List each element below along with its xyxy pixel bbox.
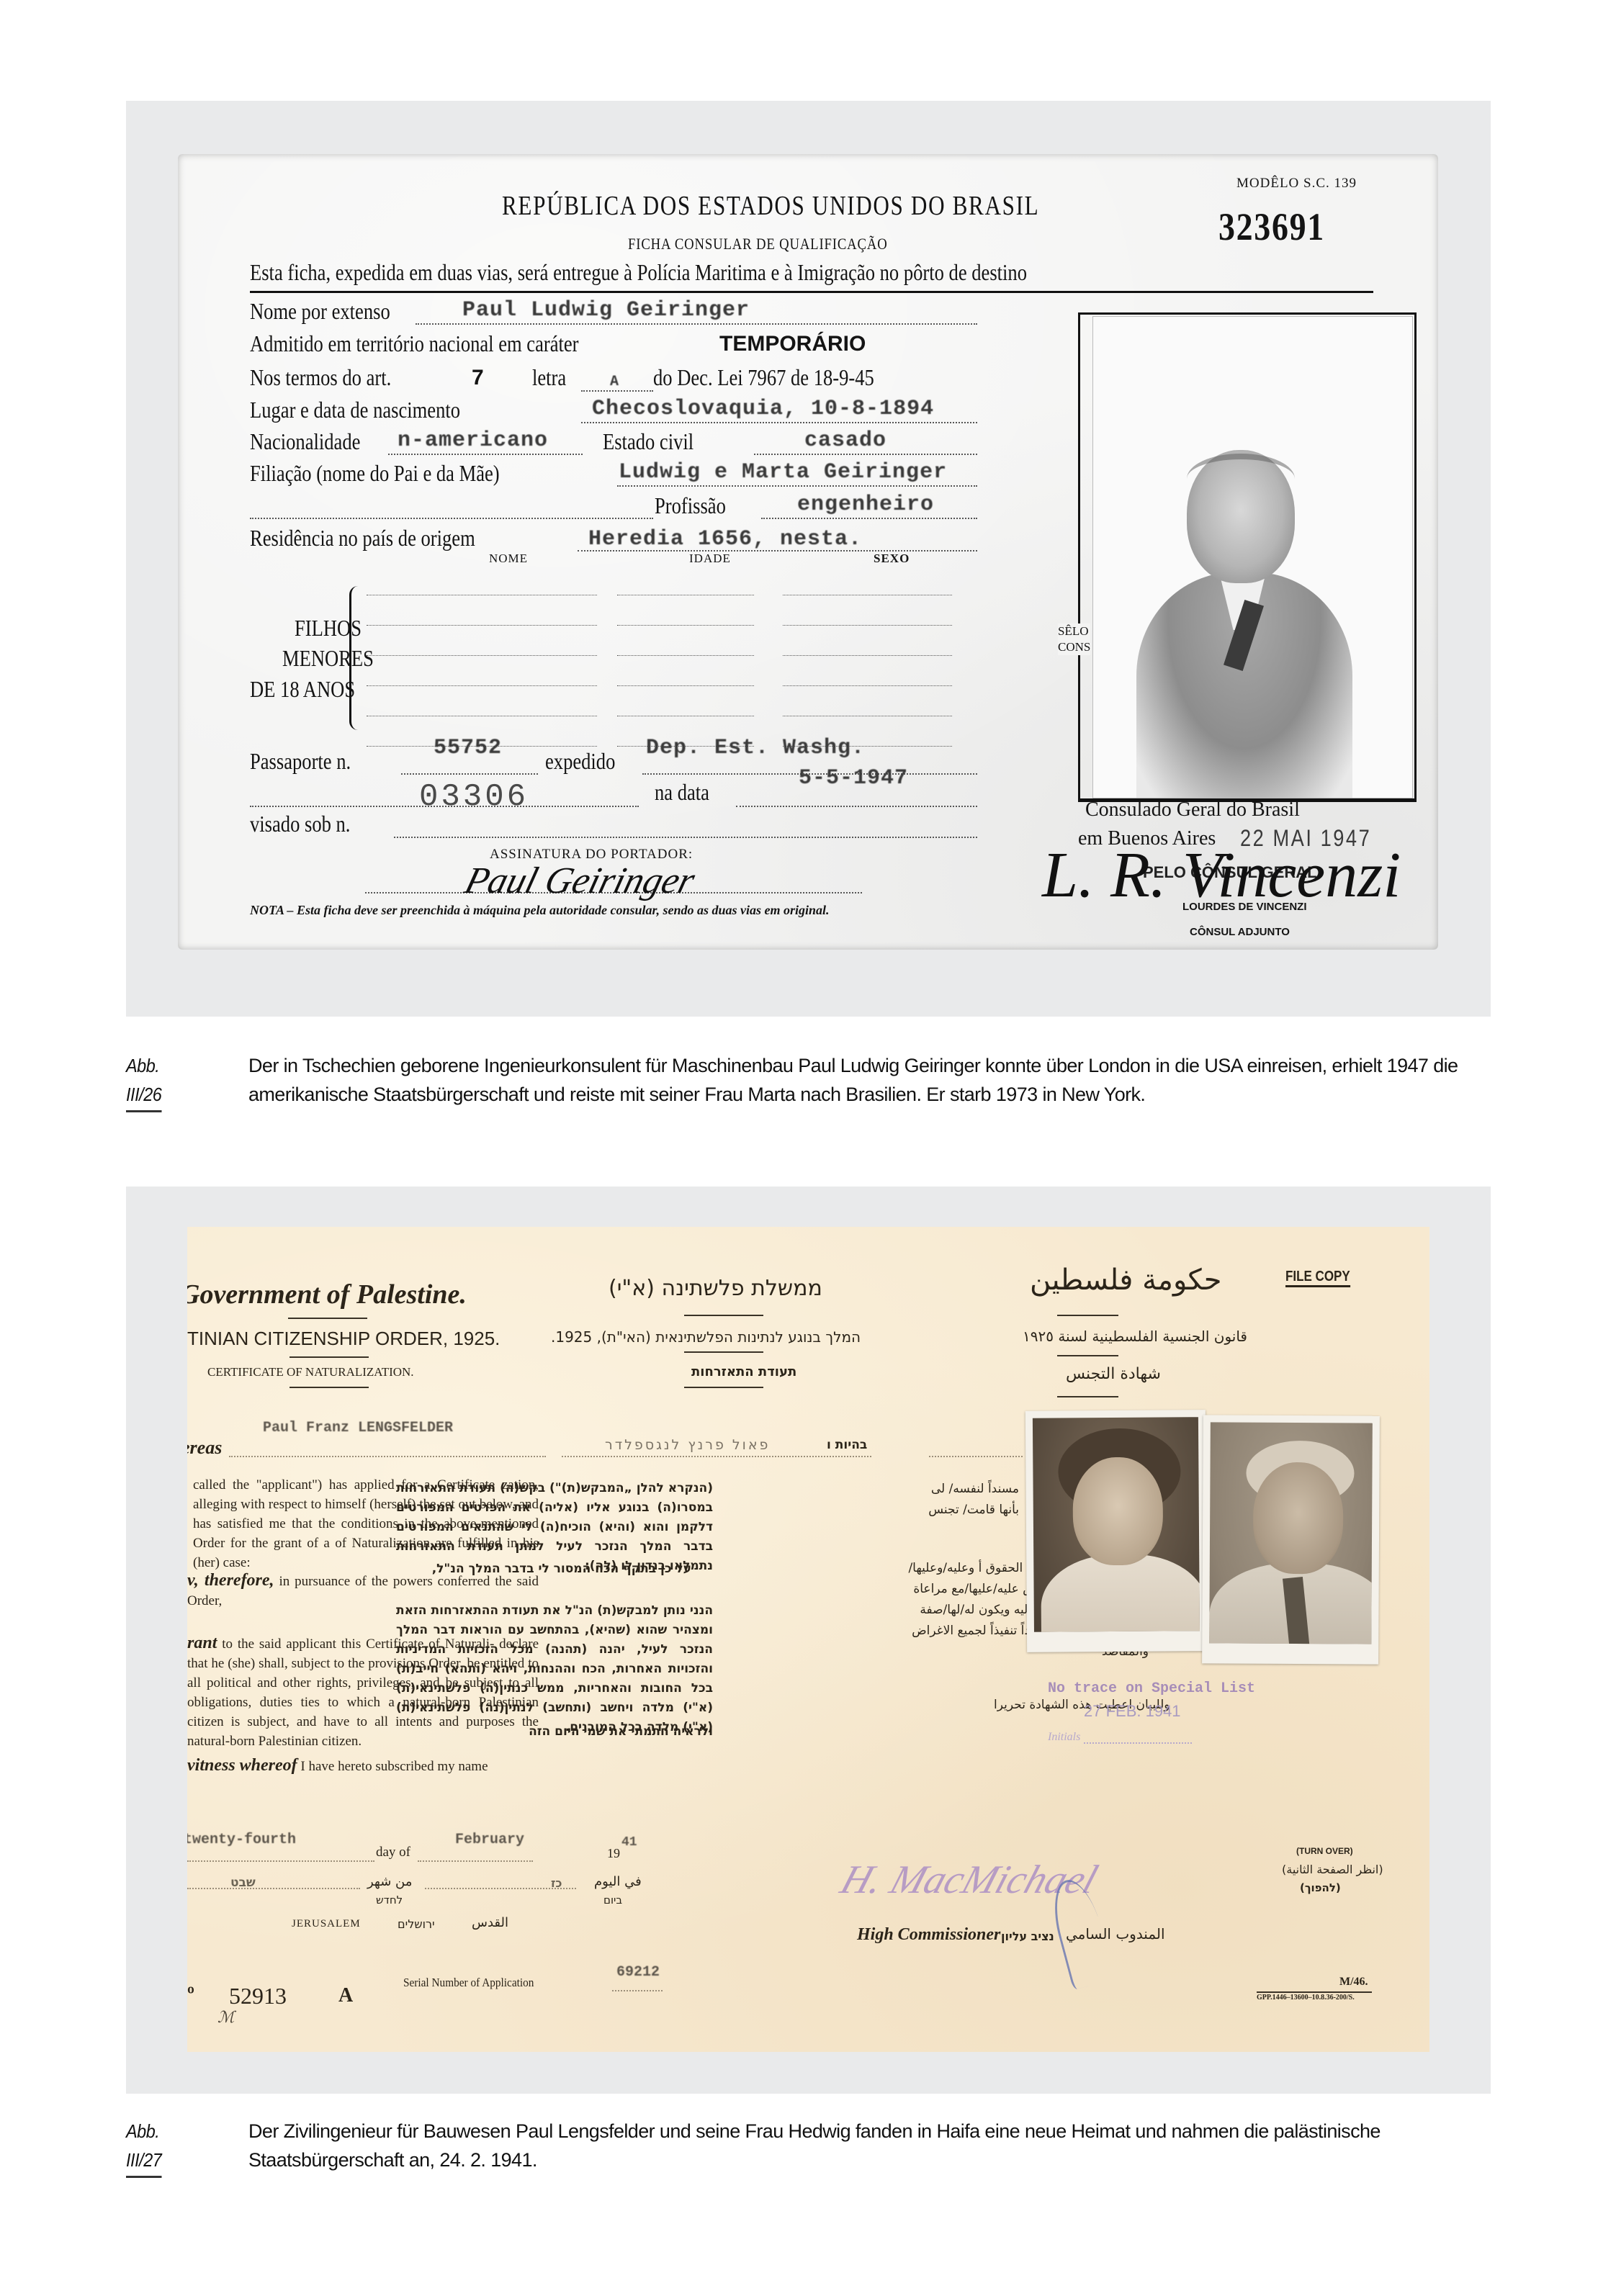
arabic-day-label: في اليوم: [594, 1871, 642, 1892]
arabic-certificate-title: شهادة التجنس: [1066, 1364, 1161, 1385]
english-witness: vitness whereof I have hereto subscribed…: [187, 1756, 539, 1776]
turn-over-english: (TURN OVER): [1296, 1846, 1353, 1856]
na-data-value: 5-5-1947: [799, 766, 908, 791]
dotted-line: [367, 595, 597, 595]
dotted-line: [367, 625, 597, 626]
hebrew-paragraph-3: הנני נותן למבקש(ת) הנ"ל את תעודת ההתאזרח…: [396, 1601, 713, 1737]
dotted-line: [617, 655, 754, 656]
letra-value: A: [610, 374, 619, 390]
termos-label: Nos termos do art.: [250, 364, 391, 391]
dotted-line: [250, 518, 653, 519]
hebrew-month-value: שבט: [230, 1873, 256, 1893]
dotted-line: [617, 685, 754, 686]
dotted-line: [229, 1456, 546, 1457]
consul-title: CÔNSUL ADJUNTO: [1190, 926, 1290, 938]
hebrew-certificate-title: תעודת התאזרחות: [691, 1362, 796, 1382]
dotted-line: [736, 806, 977, 807]
dotted-line: [562, 1456, 871, 1457]
dotted-line: [612, 1990, 663, 1991]
year-prefix: 19: [607, 1846, 620, 1861]
arabic-order: قانون الجنسية الفلسطينية لسنة ١٩٢٥: [1023, 1326, 1247, 1347]
figure-panel-palestine-certificate: Government of Palestine. TINIAN CITIZENS…: [126, 1187, 1491, 2094]
dotted-line: [394, 837, 977, 838]
city-english: JERUSALEM: [292, 1918, 361, 1930]
witness-text: I have hereto subscribed my name: [300, 1759, 488, 1774]
english-order: TINIAN CITIZENSHIP ORDER, 1925.: [187, 1328, 500, 1350]
serial-application-label: Serial Number of Application: [403, 1976, 534, 1990]
day-value: twenty-fourth: [187, 1832, 296, 1848]
figure-panel-brazil-card: MODÊLO S.C. 139 REPÚBLICA DOS ESTADOS UN…: [126, 101, 1491, 1017]
stamp-date: 27 FEB. 1941: [1084, 1702, 1181, 1721]
visado-value: 03306: [419, 779, 529, 815]
dotted-line: [617, 485, 977, 487]
card-header-title: REPÚBLICA DOS ESTADOS UNIDOS DO BRASIL: [502, 190, 1039, 222]
dotted-line: [367, 655, 597, 656]
decreto-text: do Dec. Lei 7967 de 18-9-45: [653, 364, 874, 391]
arabic-paragraph-1: مسنداً لنفسه/ لى بأنها قامت/ تجنس: [911, 1479, 1019, 1521]
high-commissioner-hebrew: נציב עליון: [1001, 1927, 1054, 1946]
name-english: Paul Franz LENGSFELDER: [263, 1420, 453, 1436]
witness-lead: vitness whereof: [187, 1756, 297, 1775]
stamp-initials-label: Initials: [1048, 1731, 1080, 1744]
dotted-line: [416, 323, 977, 325]
admitido-label: Admitido em território nacional em carát…: [250, 330, 579, 357]
certificate-series: A: [338, 1984, 353, 2007]
dotted-line: [581, 390, 653, 392]
high-commissioner-arabic: المندوب السامي: [1066, 1924, 1165, 1945]
model-number: MODÊLO S.C. 139: [1236, 176, 1357, 192]
caption-text: Der Zivilingenieur für Bauwesen Paul Len…: [248, 2117, 1494, 2174]
grant-lead: rant: [187, 1634, 217, 1652]
nacionalidade-value: n-americano: [398, 428, 548, 453]
dotted-line: [617, 716, 754, 716]
expedido-label: expedido: [545, 748, 615, 775]
dotted-line: [761, 518, 977, 519]
whereas-label: ereas: [187, 1437, 222, 1459]
portrait-photo-hedwig: [1025, 1410, 1207, 1652]
consulado-line-1: Consulado Geral do Brasil: [1085, 798, 1300, 821]
nome-label: Nome por extenso: [250, 298, 390, 325]
serial-application-value: 69212: [616, 1964, 660, 1981]
portrait-photo-geiringer: [1092, 316, 1413, 798]
art-value: 7: [472, 366, 484, 390]
arabic-month-label: من شهر: [367, 1871, 412, 1892]
letra-label: letra: [532, 364, 566, 391]
dotted-line: [187, 1888, 360, 1889]
selo-line-2: CONS: [1058, 639, 1090, 655]
visado-label: visado sob n.: [250, 811, 350, 837]
dotted-line: [401, 773, 538, 775]
name-hebrew: פאול פרנץ לנגספלדר: [605, 1436, 770, 1455]
hebrew-paragraph-2: על כן בתקף הכח המסור לי בדבר המלך הנ"ל,: [396, 1559, 691, 1579]
nacionalidade-label: Nacionalidade: [250, 428, 360, 455]
clerk-initials: ℳ: [217, 2008, 235, 2027]
filhos-label-3: DE 18 ANOS: [250, 676, 355, 703]
arabic-title: حكومة فلسطين: [1030, 1270, 1221, 1291]
card-note: NOTA – Esta ficha deve ser preenchida à …: [250, 903, 830, 918]
therefore-lead: v, therefore,: [187, 1571, 274, 1590]
column-idade: IDADE: [689, 552, 731, 566]
caption-label: Abb. III/27: [126, 2117, 161, 2178]
hebrew-order: המלך בנוגע לנתינות הפלשתינאית (האי"ת), 1…: [551, 1328, 861, 1347]
hebrew-day-value: כז: [551, 1873, 562, 1893]
passaporte-value: 55752: [434, 736, 502, 760]
filiacao-value: Ludwig e Marta Geiringer: [619, 460, 947, 485]
estado-civil-label: Estado civil: [603, 428, 693, 455]
profissao-value: engenheiro: [797, 492, 934, 517]
certificate-number: 52913: [229, 1983, 287, 2009]
nascimento-value: Checoslovaquia, 10-8-1894: [592, 397, 934, 421]
selo-label: SÊLO CONS: [1058, 623, 1090, 655]
dotted-line: [929, 1456, 1023, 1457]
na-data-label: na data: [655, 779, 709, 806]
hebrew-title: ממשלת פלשתינה (א"י): [609, 1279, 822, 1298]
dotted-line: [187, 1860, 374, 1862]
expedido-value: Dep. Est. Washg.: [646, 736, 865, 760]
admitido-value: TEMPORÁRIO: [719, 332, 866, 356]
dotted-line: [617, 595, 754, 595]
certificate-number-prefix: º: [187, 1983, 194, 2007]
hebrew-witness: ולראיה חתמתי את שמי היום הזה: [497, 1722, 713, 1742]
card-serial-number: 323691: [1218, 204, 1325, 249]
caption-text: Der in Tschechien geborene Ingenieurkons…: [248, 1051, 1494, 1109]
column-sexo: SEXO: [874, 552, 910, 566]
filiacao-label: Filiação (nome do Pai e da Mãe): [250, 460, 500, 487]
dotted-line: [783, 625, 952, 626]
nome-value: Paul Ludwig Geiringer: [462, 298, 750, 323]
dotted-line: [783, 655, 952, 656]
turn-over-arabic: (انظر الصفحة الثانية): [1282, 1859, 1383, 1880]
english-title: Government of Palestine.: [187, 1279, 467, 1310]
dotted-line: [367, 716, 597, 716]
brazil-consular-card: MODÊLO S.C. 139 REPÚBLICA DOS ESTADOS UN…: [178, 154, 1438, 950]
nascimento-label: Lugar e data de nascimento: [250, 397, 460, 423]
profissao-label: Profissão: [655, 492, 726, 519]
dotted-line: [418, 1860, 533, 1862]
card-instruction: Esta ficha, expedida em duas vias, será …: [250, 259, 1027, 286]
year-value: 41: [621, 1835, 637, 1850]
passaporte-label: Passaporte n.: [250, 748, 351, 775]
residencia-value: Heredia 1656, nesta.: [588, 527, 862, 552]
city-hebrew: ירושלים: [398, 1914, 435, 1934]
bracket: [349, 586, 364, 730]
estado-civil-value: casado: [804, 428, 886, 453]
hebrew-day-label: ביום: [603, 1891, 622, 1910]
print-code: GPP.1446–13600–10.8.36-200/S.: [1257, 1994, 1355, 2002]
high-commissioner-english: High Commissioner: [857, 1925, 1000, 1945]
bearer-signature: Paul Geiringer: [460, 860, 699, 902]
dotted-line: [388, 454, 583, 455]
dotted-line: [783, 716, 952, 716]
header-rule: [250, 291, 1373, 293]
dotted-line: [783, 685, 952, 686]
card-subtitle: FICHA CONSULAR DE QUALIFICAÇÃO: [628, 235, 888, 253]
month-value: February: [455, 1832, 524, 1848]
dotted-line: [581, 422, 977, 423]
selo-line-1: SÊLO: [1058, 623, 1090, 639]
day-of-label: day of: [376, 1845, 410, 1860]
portrait-photo-paul-lengsfelder: [1202, 1415, 1380, 1664]
turn-over-hebrew: (להפוך): [1300, 1878, 1341, 1898]
caption-label: Abb. III/26: [126, 1051, 161, 1112]
dotted-line: [367, 685, 597, 686]
file-copy-label: FILE COPY: [1285, 1269, 1350, 1287]
palestine-naturalization-certificate: Government of Palestine. TINIAN CITIZENS…: [187, 1227, 1429, 2052]
form-code: M/46.: [1339, 1976, 1368, 1989]
column-nome: NOME: [489, 552, 528, 566]
city-arabic: القدس: [472, 1912, 508, 1933]
consul-name: LOURDES DE VINCENZI: [1182, 901, 1307, 913]
dotted-line: [783, 595, 952, 595]
dotted-line: [754, 454, 977, 455]
name-hebrew-prefix: בהיות ו: [827, 1436, 867, 1455]
special-list-stamp: No trace on Special List: [1048, 1680, 1255, 1697]
residencia-label: Residência no país de origem: [250, 525, 475, 552]
dotted-line: [617, 625, 754, 626]
hebrew-month-label: לחדש: [376, 1891, 403, 1910]
english-certificate-title: CERTIFICATE OF NATURALIZATION.: [207, 1365, 414, 1379]
dotted-line: [1084, 1742, 1192, 1744]
